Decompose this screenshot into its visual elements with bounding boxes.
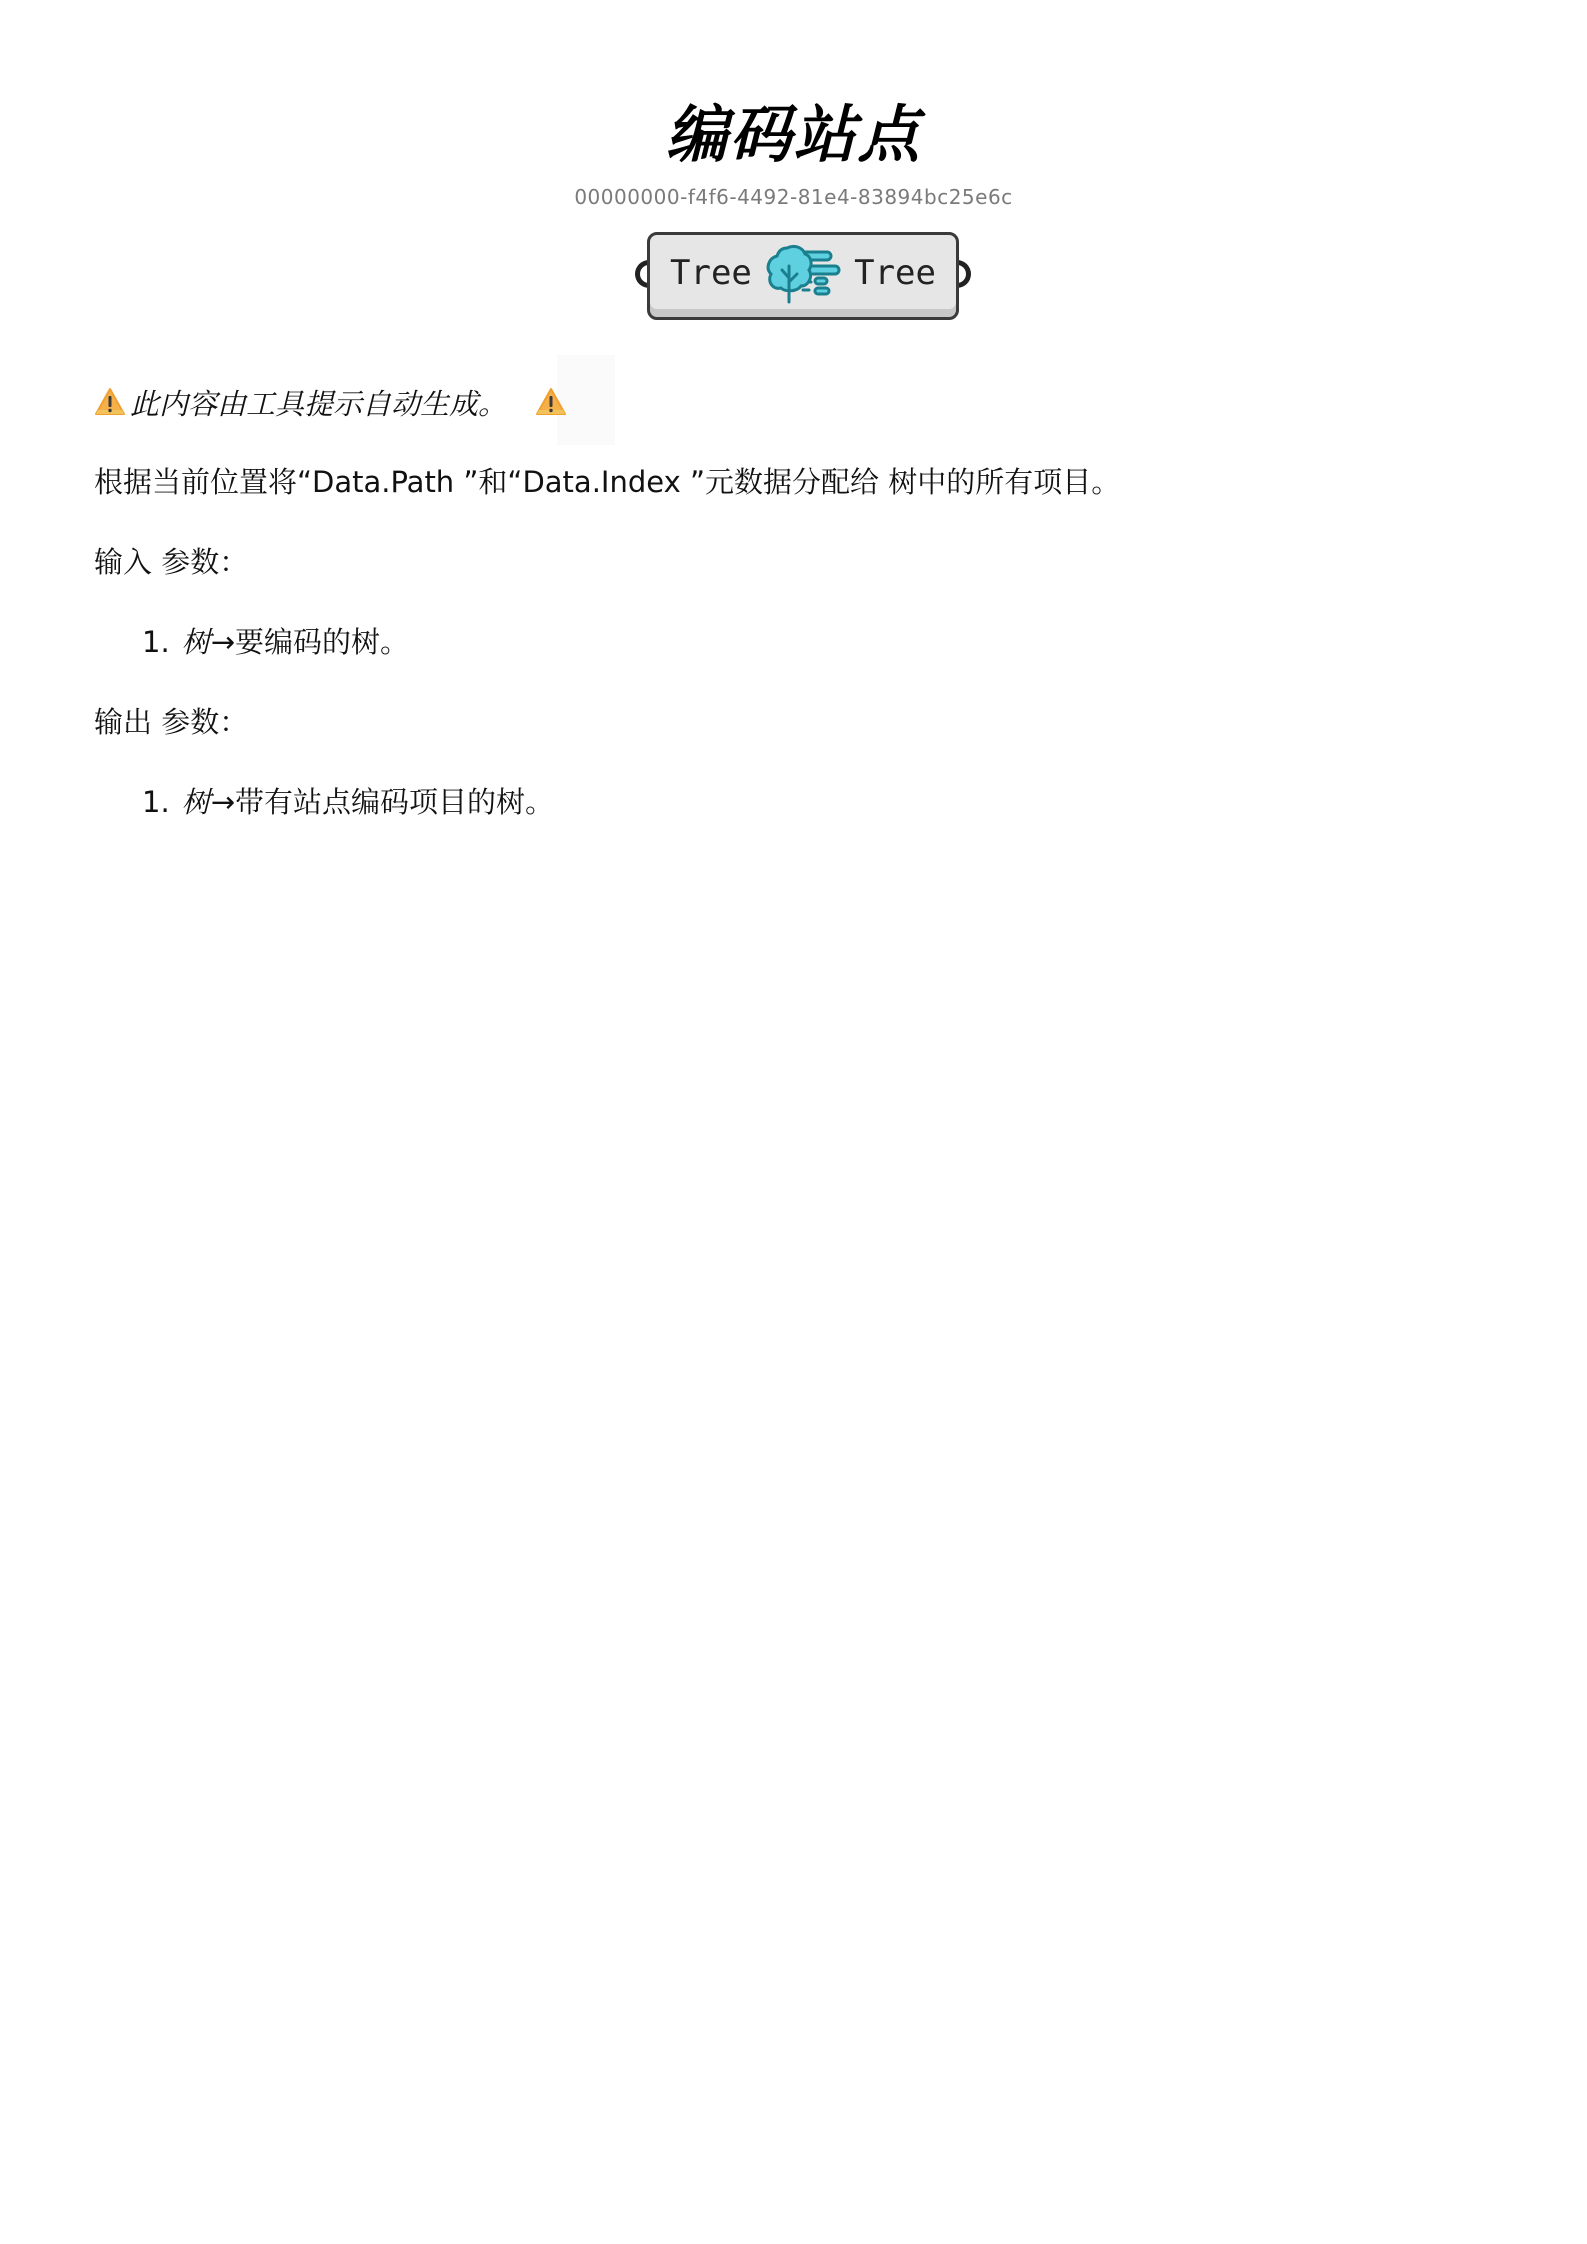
arrow: → <box>211 625 235 659</box>
list-number: 1. <box>142 785 170 819</box>
page-title: 编码站点 <box>0 96 1587 174</box>
outputs-heading: 输出 参数： <box>94 702 248 742</box>
param-description: 要编码的树。 <box>235 625 409 659</box>
notice-text: 此内容由工具提示自动生成。 <box>130 382 507 423</box>
param-name: 树 <box>182 625 211 659</box>
component-body: Tree Tree <box>647 232 959 320</box>
component-description: 根据当前位置将“Data.Path ”和“Data.Index ”元数据分配给 … <box>94 462 1120 502</box>
component-guid: 00000000-f4f6-4492-81e4-83894bc25e6c <box>0 184 1587 210</box>
list-number: 1. <box>142 625 170 659</box>
warning-icon <box>94 387 126 417</box>
output-label: Tree <box>854 253 936 293</box>
arrow: → <box>211 785 235 819</box>
warning-icon <box>535 387 567 417</box>
output-param-item: 1.树→带有站点编码项目的树。 <box>142 782 554 822</box>
param-description: 带有站点编码项目的树。 <box>235 785 554 819</box>
param-name: 树 <box>182 785 211 819</box>
input-param-item: 1.树→要编码的树。 <box>142 622 409 662</box>
inputs-heading: 输入 参数： <box>94 542 248 582</box>
input-label: Tree <box>670 253 752 293</box>
tree-encode-icon <box>764 241 842 305</box>
auto-generated-notice: 此内容由工具提示自动生成。 <box>94 370 571 434</box>
component-preview: Tree Tree <box>643 232 963 324</box>
